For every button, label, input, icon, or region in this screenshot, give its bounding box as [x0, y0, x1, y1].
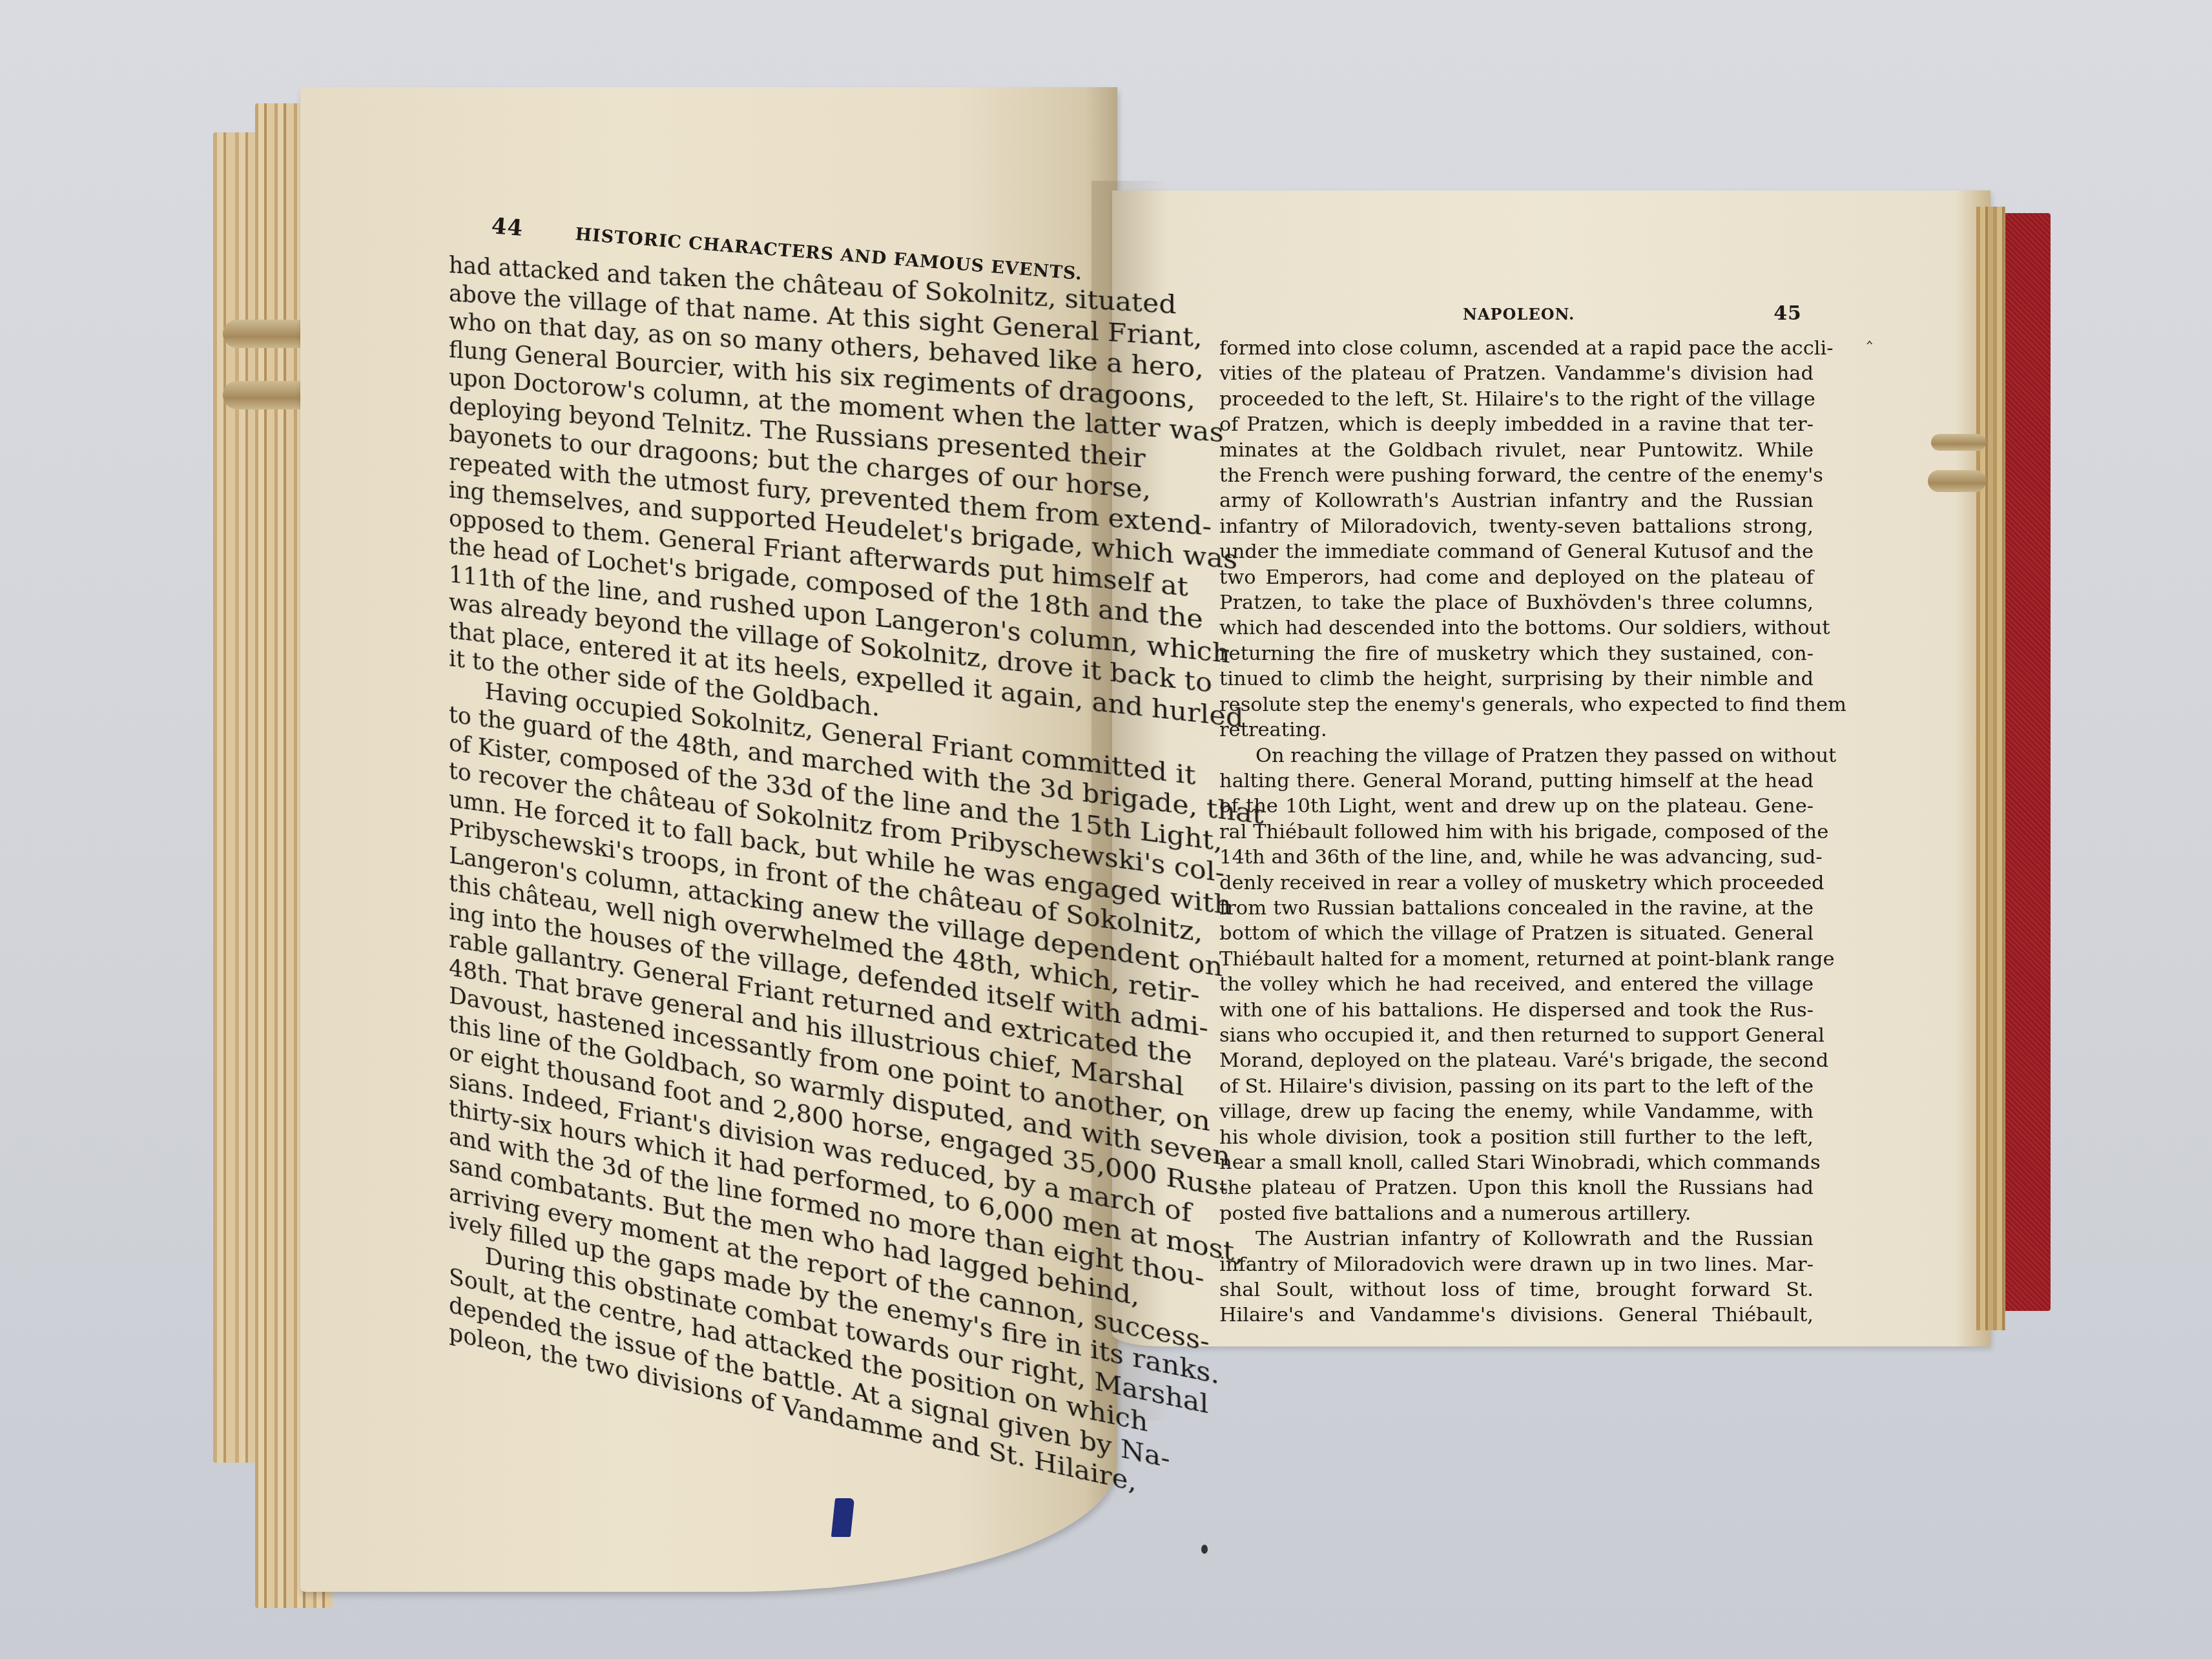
- right-page-number: 45: [1773, 302, 1802, 325]
- text-line: vities of the plateau of Pratzen. Vandam…: [1219, 361, 1814, 386]
- text-line: under the immediate command of General K…: [1219, 539, 1814, 564]
- binding-string-notch-icon: [1931, 434, 1986, 451]
- text-line: Morand, deployed on the plateau. Varé's …: [1219, 1048, 1814, 1073]
- text-line: from two Russian battalions concealed in…: [1219, 896, 1814, 921]
- text-line: posted five battalions and a numerous ar…: [1219, 1201, 1814, 1226]
- text-line: minates at the Goldbach rivulet, near Pu…: [1219, 438, 1814, 463]
- red-cloth-cover: [2005, 213, 2051, 1311]
- text-line: proceeded to the left, St. Hilaire's to …: [1219, 387, 1814, 412]
- left-page-body: had attacked and taken the château of So…: [449, 252, 1179, 1509]
- text-line: resolute step the enemy's generals, who …: [1219, 692, 1814, 717]
- text-line: The Austrian infantry of Kollowrath and …: [1219, 1226, 1814, 1252]
- text-line: with one of his battalions. He dispersed…: [1219, 998, 1814, 1023]
- text-line: of the 10th Light, went and drew up on t…: [1219, 794, 1814, 819]
- text-line: denly received in rear a volley of muske…: [1219, 871, 1814, 896]
- text-line: formed into close column, ascended at a …: [1219, 336, 1814, 361]
- text-line: of Pratzen, which is deeply imbedded in …: [1219, 412, 1814, 437]
- text-line: Pratzen, to take the place of Buxhövden'…: [1219, 590, 1814, 615]
- right-page-body: formed into close column, ascended at a …: [1219, 336, 1814, 1328]
- text-line: two Emperors, had come and deployed on t…: [1219, 565, 1814, 590]
- text-line: returning the fire of musketry which the…: [1219, 641, 1814, 666]
- right-running-head: NAPOLEON. 45: [1221, 302, 1802, 328]
- text-line: ral Thiébault followed him with his brig…: [1219, 819, 1814, 845]
- right-page-stack-edges: [1976, 207, 2005, 1330]
- text-line: which had descended into the bottoms. Ou…: [1219, 615, 1814, 641]
- text-line: 14th and 36th of the line, and, while he…: [1219, 845, 1814, 870]
- text-line: village, drew up facing the enemy, while…: [1219, 1099, 1814, 1124]
- binding-string-notch-icon: [1928, 470, 1986, 492]
- text-line: army of Kollowrath's Austrian infantry a…: [1219, 488, 1814, 513]
- left-page-number: 44: [490, 213, 570, 245]
- right-running-title: NAPOLEON.: [1463, 305, 1575, 324]
- text-line: near a small knoll, called Stari Winobra…: [1219, 1150, 1814, 1175]
- text-line: his whole division, took a position stil…: [1219, 1125, 1814, 1150]
- text-line: bottom of which the village of Pratzen i…: [1219, 921, 1814, 946]
- text-line: the plateau of Pratzen. Upon this knoll …: [1219, 1175, 1814, 1200]
- text-line: the volley which he had received, and en…: [1219, 972, 1814, 997]
- text-line: Thiébault halted for a moment, returned …: [1219, 947, 1814, 972]
- blue-ink-mark: [831, 1498, 854, 1537]
- text-line: infantry of Miloradovich, twenty-seven b…: [1219, 514, 1814, 539]
- speck-mark: [1201, 1545, 1208, 1554]
- text-line: Hilaire's and Vandamme's divisions. Gene…: [1219, 1303, 1814, 1328]
- text-line: On reaching the village of Pratzen they …: [1219, 743, 1814, 768]
- text-line: halting there. General Morand, putting h…: [1219, 768, 1814, 794]
- text-line: sians who occupied it, and then returned…: [1219, 1023, 1814, 1048]
- text-line: infantry of Miloradovich were drawn up i…: [1219, 1252, 1814, 1277]
- text-line: tinued to climb the height, surprising b…: [1219, 666, 1814, 692]
- pencil-tick-mark-icon: ‸: [1866, 323, 1873, 344]
- text-line: of St. Hilaire's division, passing on it…: [1219, 1074, 1814, 1099]
- text-line: the French were pushing forward, the cen…: [1219, 463, 1814, 488]
- text-line: shal Soult, without loss of time, brough…: [1219, 1277, 1814, 1303]
- text-line: retreating.: [1219, 717, 1814, 743]
